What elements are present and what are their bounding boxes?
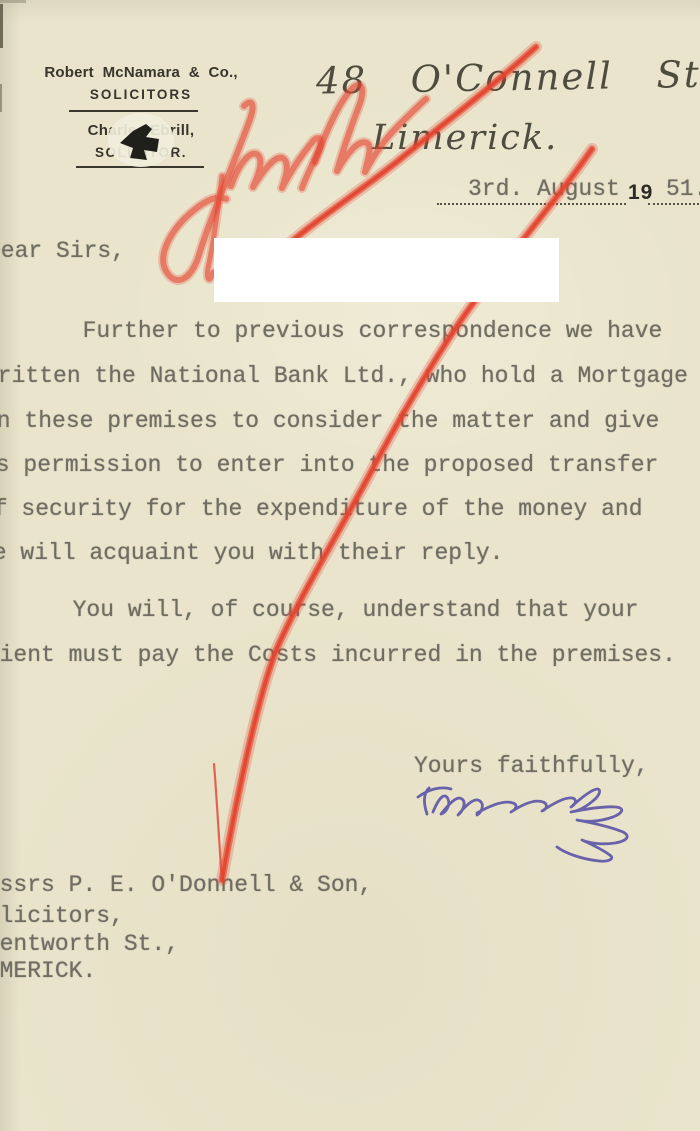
scan-edge-artifact — [0, 4, 3, 48]
scan-edge-artifact — [0, 0, 26, 3]
redaction-box — [214, 238, 559, 302]
scan-edge-artifact — [0, 84, 2, 112]
scanned-letter-page: Robert McNamara & Co., SOLICITORS Charle… — [0, 0, 700, 1131]
hand-marks-layer — [0, 0, 700, 1131]
red-stroke-tip — [214, 764, 222, 880]
red-crayon-group — [163, 47, 592, 880]
signature-scrawl — [418, 788, 627, 861]
